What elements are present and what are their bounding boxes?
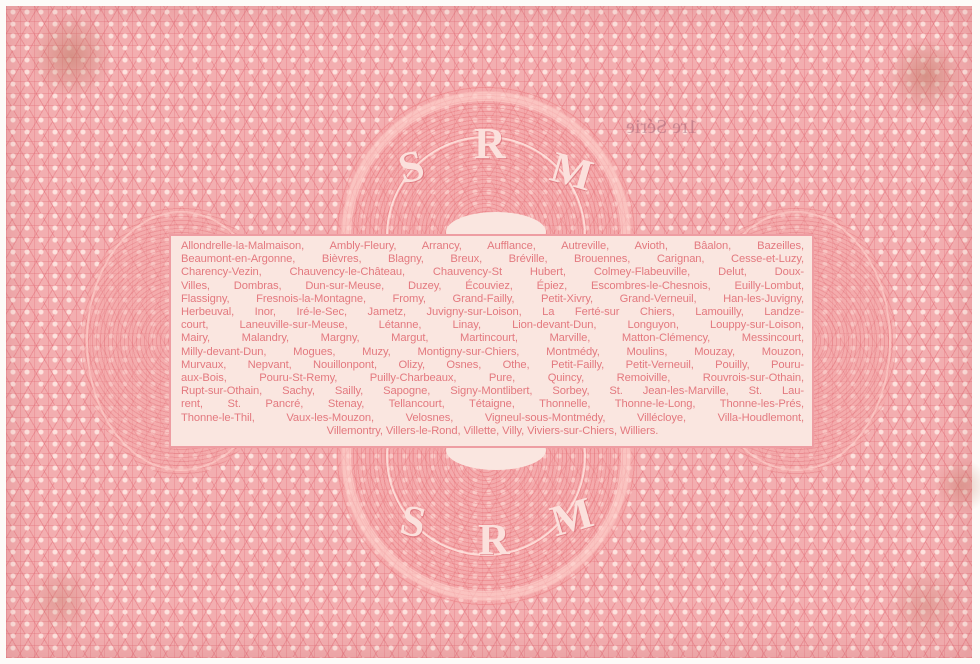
age-stain bbox=[26, 16, 116, 96]
age-stain bbox=[936, 456, 980, 516]
commune-line: court, Laneuville-sur-Meuse, Létanne, Li… bbox=[181, 319, 804, 332]
commune-line: rent, St. Pancré, Stenay, Tellancourt, T… bbox=[181, 398, 804, 411]
commune-line: Beaumont-en-Argonne, Bièvres, Blagny, Br… bbox=[181, 253, 804, 266]
commune-list: Allondrelle-la-Malmaison, Ambly-Fleury, … bbox=[181, 240, 804, 438]
commune-line: Allondrelle-la-Malmaison, Ambly-Fleury, … bbox=[181, 240, 804, 253]
commune-line: Milly-devant-Dun, Mogues, Muzy, Montigny… bbox=[181, 346, 804, 359]
age-stain bbox=[26, 566, 96, 636]
show-through-text: 1re Série bbox=[626, 116, 698, 139]
commune-line: Flassigny, Fresnois-la-Montagne, Fromy, … bbox=[181, 293, 804, 306]
banknote-reverse: S R M S R M 1re Série Allondrelle-la-Mal… bbox=[6, 6, 972, 658]
commune-line: Herbeuval, Inor, Iré-le-Sec, Jametz, Juv… bbox=[181, 306, 804, 319]
commune-list-panel: Allondrelle-la-Malmaison, Ambly-Fleury, … bbox=[169, 234, 814, 448]
commune-line: Murvaux, Nepvant, Nouillonpont, Olizy, O… bbox=[181, 359, 804, 372]
commune-line: Mairy, Malandry, Margny, Margut, Martinc… bbox=[181, 332, 804, 345]
commune-line: Thonne-le-Thil, Vaux-les-Mouzon, Velosne… bbox=[181, 412, 804, 425]
age-stain bbox=[886, 566, 966, 646]
monogram-bottom-r: R bbox=[478, 514, 512, 565]
age-stain bbox=[886, 41, 966, 111]
commune-line: Villemontry, Villers-le-Rond, Villette, … bbox=[181, 425, 804, 438]
commune-line: aux-Bois, Pouru-St-Remy, Puilly-Charbeau… bbox=[181, 372, 804, 385]
monogram-top-r: R bbox=[474, 118, 508, 169]
commune-line: Villes, Dombras, Dun-sur-Meuse, Duzey, É… bbox=[181, 280, 804, 293]
commune-line: Charency-Vezin, Chauvency-le-Château, Ch… bbox=[181, 266, 804, 279]
commune-line: Rupt-sur-Othain, Sachy, Sailly, Sapogne,… bbox=[181, 385, 804, 398]
